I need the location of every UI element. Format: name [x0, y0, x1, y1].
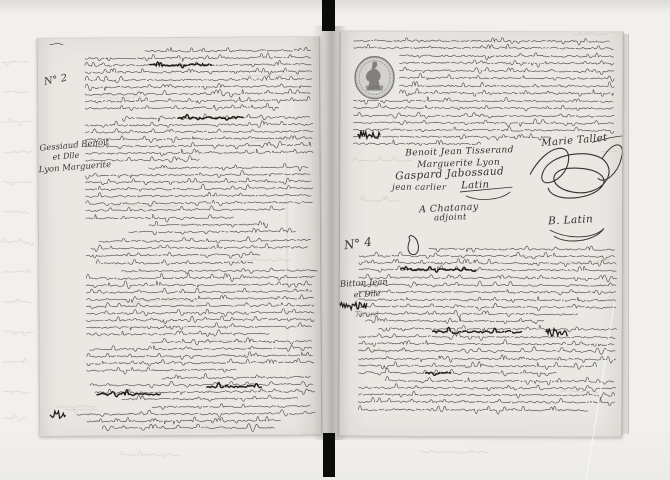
bookmark-ribbon-top: [322, 0, 335, 31]
right-page: N° 4 Bitton Jean et Dlle Tirard Marie Ta…: [338, 31, 623, 437]
signature-flourishes: [339, 32, 622, 437]
register-spread-scan: N° 2 Gessiaud Benoit et Dlle Lyon Margue…: [0, 0, 670, 480]
left-page: N° 2 Gessiaud Benoit et Dlle Lyon Margue…: [37, 36, 322, 436]
left-page-handwriting: [38, 37, 321, 436]
bookmark-ribbon-bottom: [323, 433, 335, 477]
